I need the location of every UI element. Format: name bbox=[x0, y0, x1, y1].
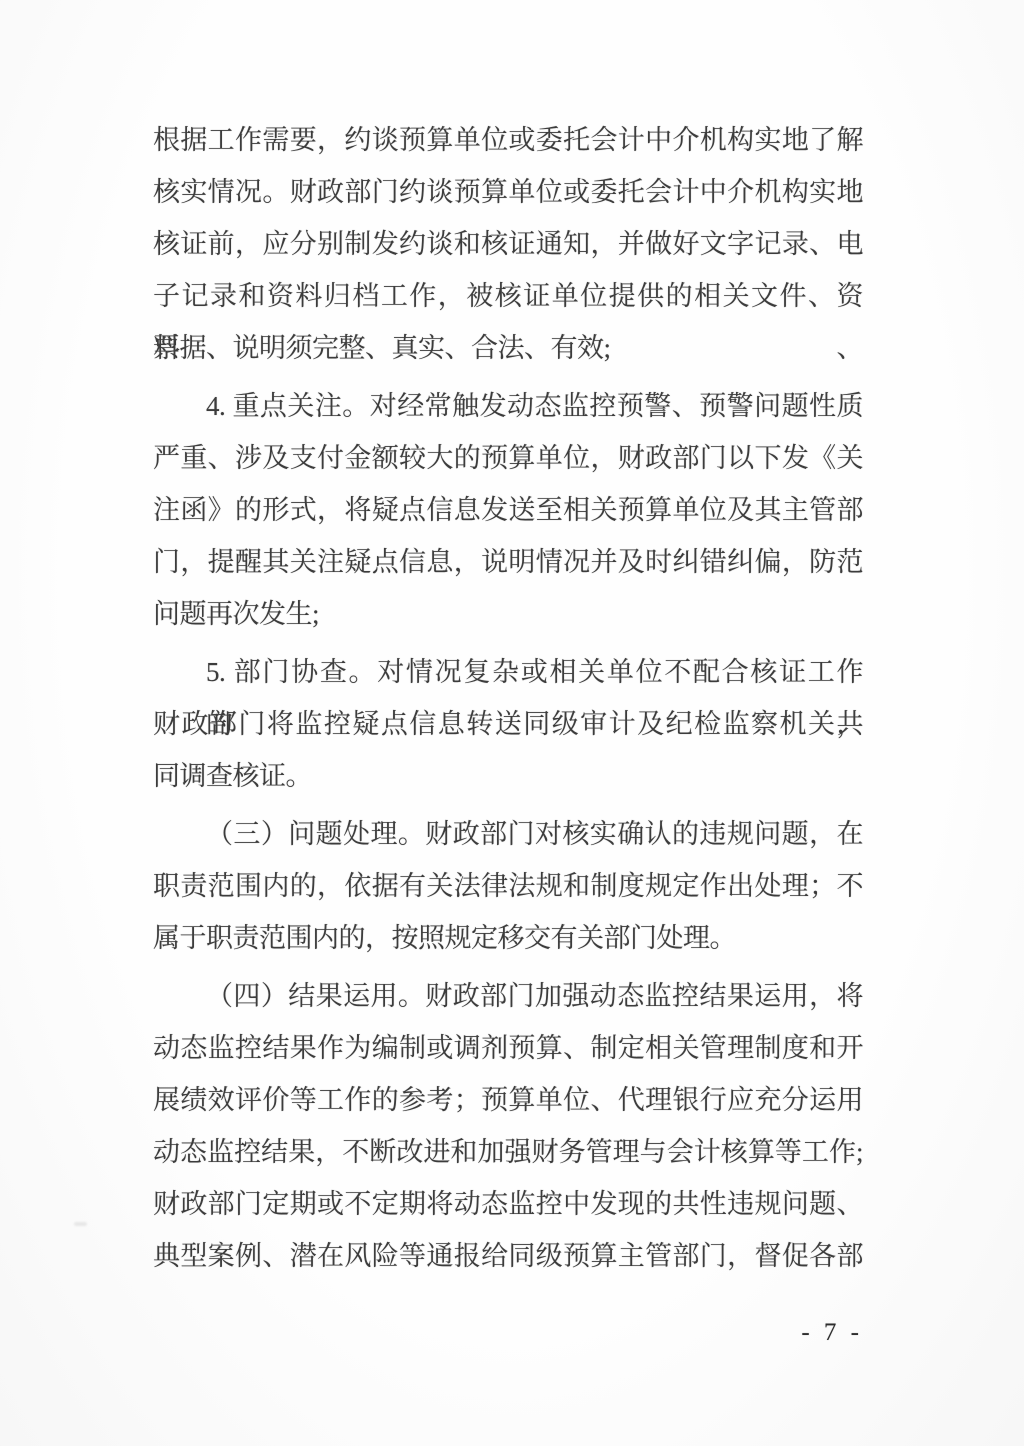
paragraph: 4. 重点关注。对经常触发动态监控预警、预警问题性质严重、涉及支付金额较大的预算… bbox=[153, 380, 863, 640]
scan-smudge bbox=[74, 1222, 87, 1226]
text-line: 核实情况。财政部门约谈预算单位或委托会计中介机构实地 bbox=[153, 166, 863, 218]
text-line: 职责范围内的，依据有关法律法规和制度规定作出处理；不 bbox=[153, 860, 863, 912]
text-line: 核证前，应分别制发约谈和核证通知，并做好文字记录、电 bbox=[153, 218, 863, 270]
page-number: - 7 - bbox=[153, 1319, 863, 1347]
text-line: 财政部门将监控疑点信息转送同级审计及纪检监察机关共 bbox=[153, 698, 863, 750]
text-line: 4. 重点关注。对经常触发动态监控预警、预警问题性质 bbox=[153, 380, 863, 432]
text-line: 动态监控结果作为编制或调剂预算、制定相关管理制度和开 bbox=[153, 1022, 863, 1074]
document-text-block: 根据工作需要，约谈预算单位或委托会计中介机构实地了解核实情况。财政部门约谈预算单… bbox=[153, 114, 863, 1282]
text-line: 属于职责范围内的，按照规定移交有关部门处理。 bbox=[153, 912, 863, 964]
text-line: 根据工作需要，约谈预算单位或委托会计中介机构实地了解 bbox=[153, 114, 863, 166]
text-line: 严重、涉及支付金额较大的预算单位，财政部门以下发《关 bbox=[153, 432, 863, 484]
text-line: 注函》的形式，将疑点信息发送至相关预算单位及其主管部 bbox=[153, 484, 863, 536]
text-line: 5. 部门协查。对情况复杂或相关单位不配合核证工作的， bbox=[153, 646, 863, 698]
text-line: 动态监控结果，不断改进和加强财务管理与会计核算等工作; bbox=[153, 1126, 863, 1178]
paragraph: （三）问题处理。财政部门对核实确认的违规问题，在职责范围内的，依据有关法律法规和… bbox=[153, 808, 863, 964]
text-line: 同调查核证。 bbox=[153, 750, 863, 802]
text-line: （四）结果运用。财政部门加强动态监控结果运用，将 bbox=[153, 970, 863, 1022]
document-page: 根据工作需要，约谈预算单位或委托会计中介机构实地了解核实情况。财政部门约谈预算单… bbox=[0, 0, 1024, 1446]
paragraph: 根据工作需要，约谈预算单位或委托会计中介机构实地了解核实情况。财政部门约谈预算单… bbox=[153, 114, 863, 374]
text-line: （三）问题处理。财政部门对核实确认的违规问题，在 bbox=[153, 808, 863, 860]
text-line: 典型案例、潜在风险等通报给同级预算主管部门，督促各部 bbox=[153, 1230, 863, 1282]
text-line: 门，提醒其关注疑点信息，说明情况并及时纠错纠偏，防范 bbox=[153, 536, 863, 588]
text-line: 子记录和资料归档工作，被核证单位提供的相关文件、资料、 bbox=[153, 270, 863, 322]
paragraph: （四）结果运用。财政部门加强动态监控结果运用，将动态监控结果作为编制或调剂预算、… bbox=[153, 970, 863, 1282]
text-line: 问题再次发生; bbox=[153, 588, 863, 640]
text-line: 财政部门定期或不定期将动态监控中发现的共性违规问题、 bbox=[153, 1178, 863, 1230]
paragraph: 5. 部门协查。对情况复杂或相关单位不配合核证工作的，财政部门将监控疑点信息转送… bbox=[153, 646, 863, 802]
text-line: 展绩效评价等工作的参考；预算单位、代理银行应充分运用 bbox=[153, 1074, 863, 1126]
